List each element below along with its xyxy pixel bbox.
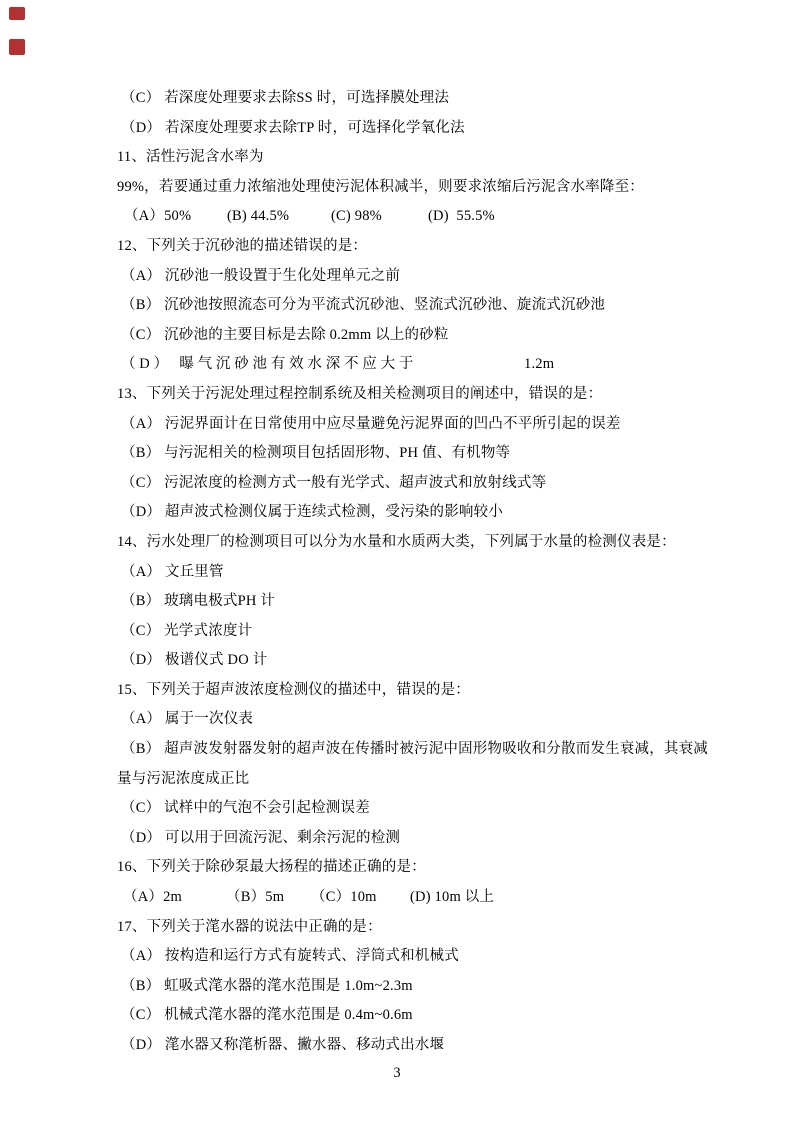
option-item: （C）10m xyxy=(311,883,377,913)
option-line: （A） 文丘里管 xyxy=(117,558,699,588)
option-item: (D) 55.5% xyxy=(428,202,495,232)
option-line: （D） 滗水器又称滗析器、撇水器、移动式出水堰 xyxy=(117,1031,699,1061)
option-item: (C) 98% xyxy=(331,202,382,232)
option-item: （A）2m xyxy=(123,883,182,913)
red-seal-mark-icon xyxy=(9,7,25,20)
option-line: （A） 污泥界面计在日常使用中应尽量避免污泥界面的凹凸不平所引起的误差 xyxy=(117,410,699,440)
option-line: （A） 属于一次仪表 xyxy=(117,705,699,735)
option-line: （B） 虹吸式滗水器的滗水范围是 1.0m~2.3m xyxy=(117,972,699,1002)
option-line: （D） 若深度处理要求去除TP 时，可选择化学氧化法 xyxy=(117,114,699,144)
option-item: （A）50% xyxy=(124,202,191,232)
option-line: （D） 曝气沉砂池有效水深不应大于1.2m xyxy=(117,350,699,380)
option-line: （C） 沉砂池的主要目标是去除 0.2mm 以上的砂粒 xyxy=(117,321,699,351)
continuation-line: 99%，若要通过重力浓缩池处理使污泥体积减半，则要求浓缩后污泥含水率降至： xyxy=(117,173,699,203)
question-line: 11、活性污泥含水率为 xyxy=(117,143,699,173)
option-line: （C） 污泥浓度的检测方式一般有光学式、超声波式和放射线式等 xyxy=(117,469,699,499)
option-line: （D） 极谱仪式 DO 计 xyxy=(117,646,699,676)
question-line: 12、下列关于沉砂池的描述错误的是： xyxy=(117,232,699,262)
option-item: (B) 44.5% xyxy=(227,202,289,232)
option-value: 1.2m xyxy=(524,350,554,380)
question-line: 14、污水处理厂的检测项目可以分为水量和水质两大类，下列属于水量的检测仪表是： xyxy=(117,528,699,558)
option-line: （C） 若深度处理要求去除SS 时，可选择膜处理法 xyxy=(117,84,699,114)
option-line: （B） 超声波发射器发射的超声波在传播时被污泥中固形物吸收和分散而发生衰减，其衰… xyxy=(117,735,699,765)
page-number: 3 xyxy=(0,1062,794,1084)
options-row: （A）2m（B）5m（C）10m(D) 10m 以上 xyxy=(117,883,699,913)
option-line: （C） 试样中的气泡不会引起检测误差 xyxy=(117,794,699,824)
question-line: 13、下列关于污泥处理过程控制系统及相关检测项目的阐述中，错误的是： xyxy=(117,380,699,410)
option-line: （C） 光学式浓度计 xyxy=(117,617,699,647)
continuation-line: 量与污泥浓度成正比 xyxy=(117,765,699,795)
document-body: （C） 若深度处理要求去除SS 时，可选择膜处理法（D） 若深度处理要求去除TP… xyxy=(117,84,699,1061)
option-line: （B） 沉砂池按照流态可分为平流式沉砂池、竖流式沉砂池、旋流式沉砂池 xyxy=(117,291,699,321)
option-line: （B） 与污泥相关的检测项目包括固形物、PH 值、有机物等 xyxy=(117,439,699,469)
question-line: 15、下列关于超声波浓度检测仪的描述中，错误的是： xyxy=(117,676,699,706)
option-line: （B） 玻璃电极式PH 计 xyxy=(117,587,699,617)
option-item: (D) 10m 以上 xyxy=(410,883,494,913)
option-line: （C） 机械式滗水器的滗水范围是 0.4m~0.6m xyxy=(117,1001,699,1031)
option-line: （D） 超声波式检测仪属于连续式检测，受污染的影响较小 xyxy=(117,498,699,528)
option-item: （B）5m xyxy=(226,883,284,913)
option-text: （D） 曝气沉砂池有效水深不应大于 xyxy=(121,350,417,380)
option-line: （D） 可以用于回流污泥、剩余污泥的检测 xyxy=(117,824,699,854)
question-line: 17、下列关于滗水器的说法中正确的是： xyxy=(117,913,699,943)
option-line: （A） 沉砂池一般设置于生化处理单元之前 xyxy=(117,262,699,292)
red-seal-mark-icon xyxy=(9,39,25,55)
option-line: （A） 按构造和运行方式有旋转式、浮筒式和机械式 xyxy=(117,942,699,972)
question-line: 16、下列关于除砂泵最大扬程的描述正确的是： xyxy=(117,853,699,883)
options-row: （A）50%(B) 44.5%(C) 98%(D) 55.5% xyxy=(117,202,699,232)
document-page: （C） 若深度处理要求去除SS 时，可选择膜处理法（D） 若深度处理要求去除TP… xyxy=(0,0,794,1123)
